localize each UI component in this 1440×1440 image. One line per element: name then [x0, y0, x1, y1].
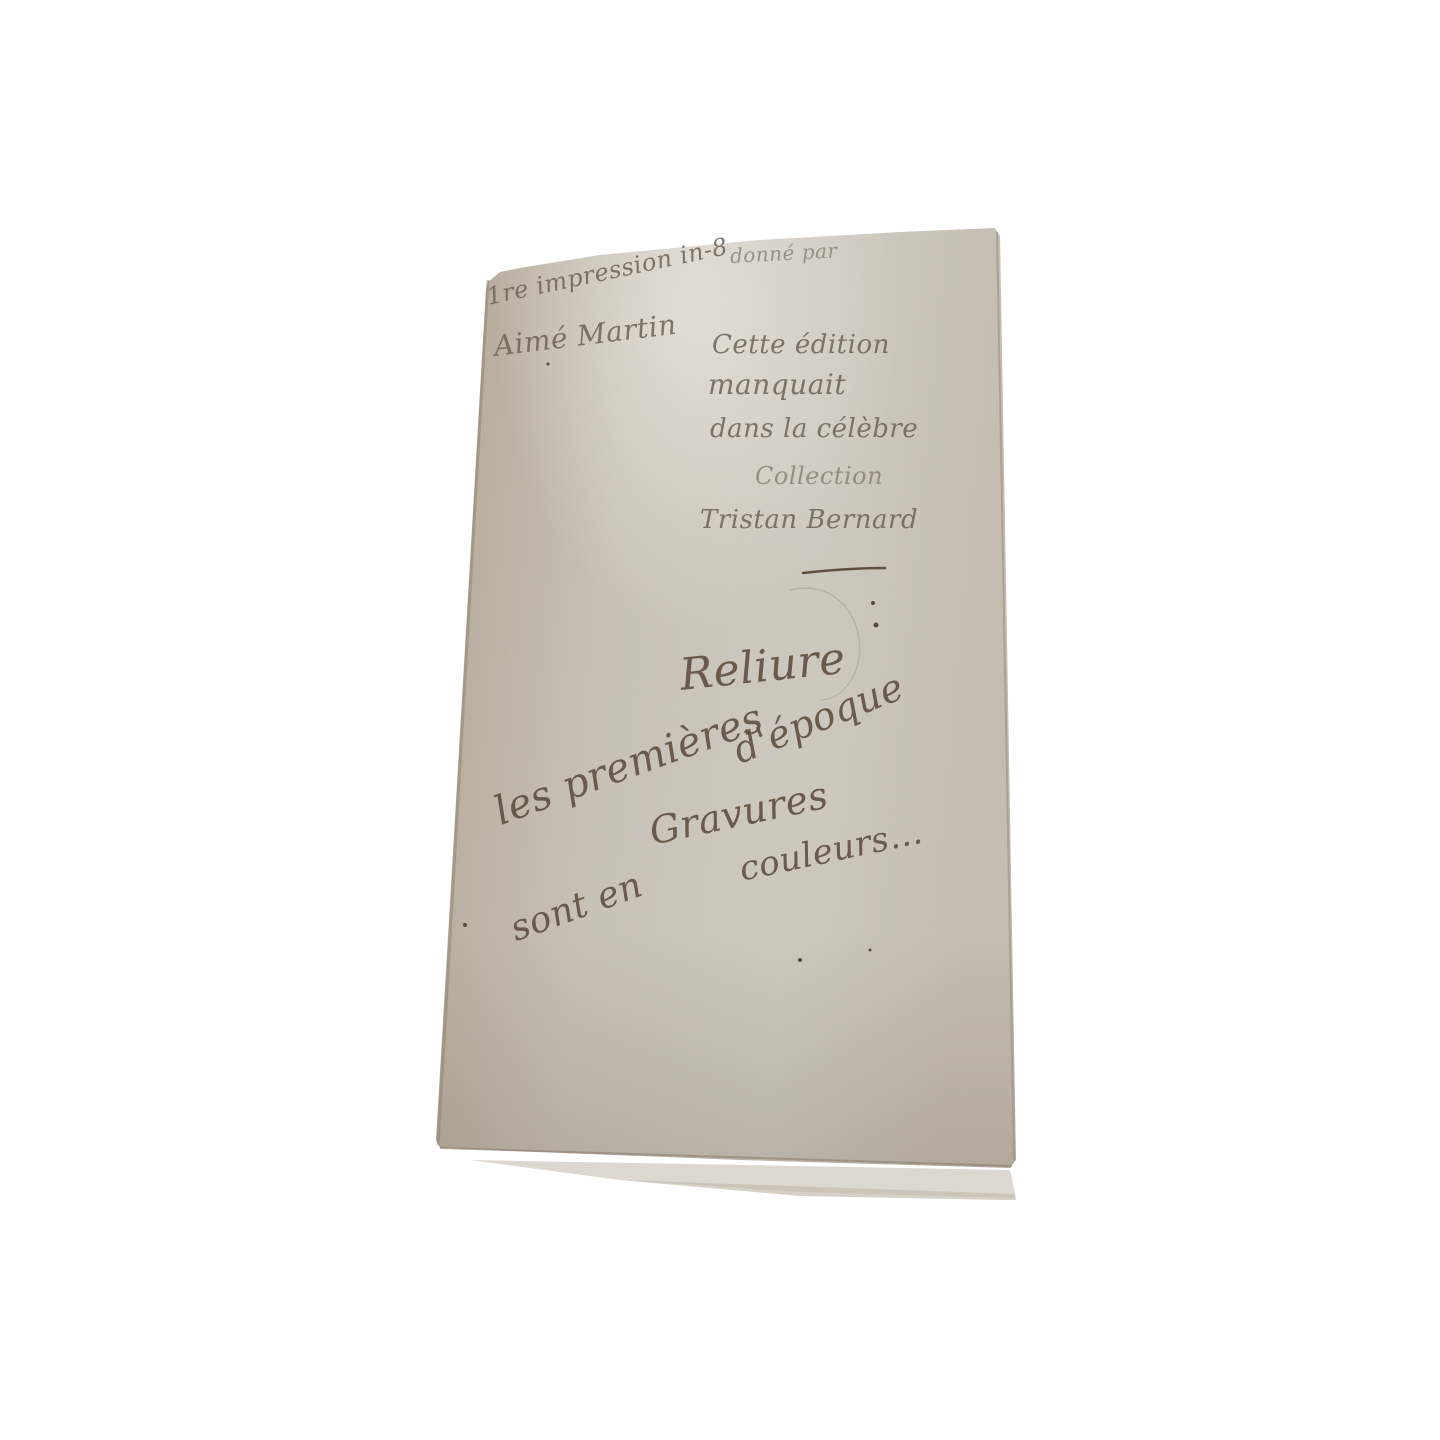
note-line-5: Tristan Bernard [700, 505, 918, 535]
note-line-4: Collection [755, 462, 883, 490]
note-line-3: dans la célèbre [710, 414, 918, 444]
note-line-1: Cette édition [712, 330, 890, 360]
photo-stage: 1re impression in-8 donné par Aimé Marti… [0, 0, 1440, 1440]
note-line-2: manquait [708, 368, 846, 401]
